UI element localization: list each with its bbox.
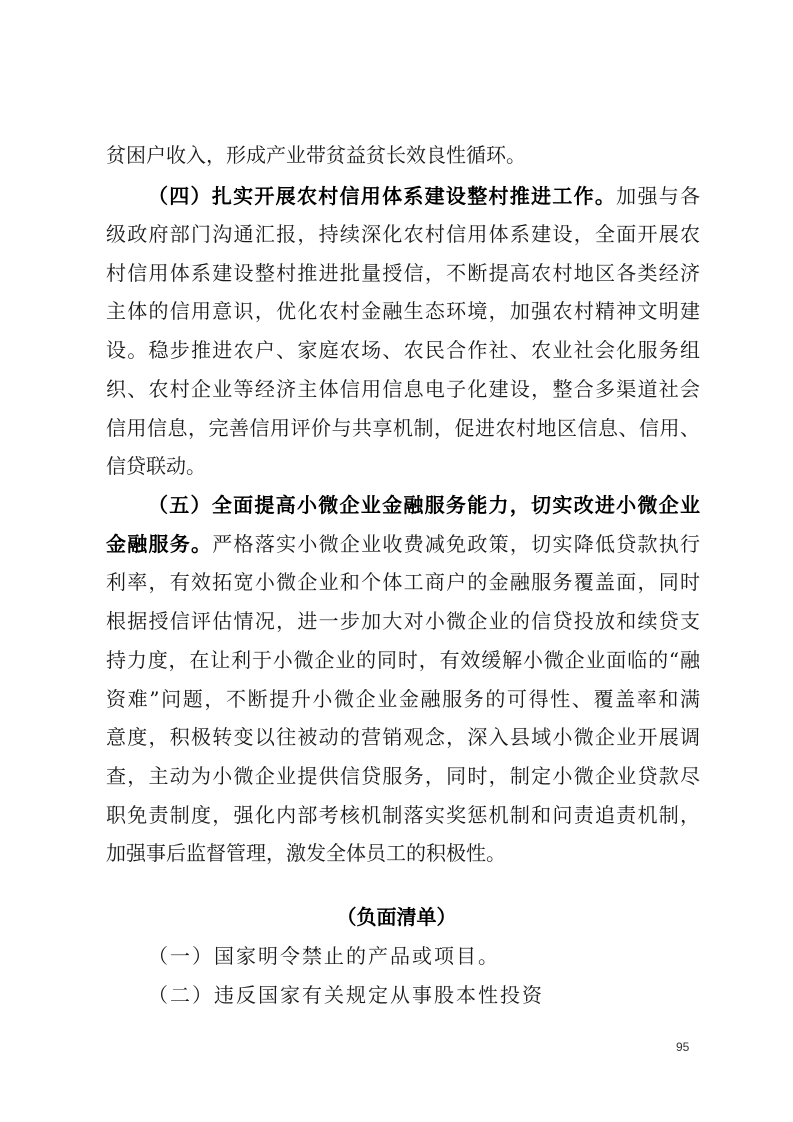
section-4-heading-line: （四）扎实开展农村信用体系建设整村推进工作。加强与各 (148, 181, 700, 211)
negative-list-item: （二）违反国家有关规定从事股本性投资 (148, 980, 544, 1010)
section-4-heading: （四）扎实开展农村信用体系建设整村推进工作。 (148, 184, 616, 208)
paragraph-line: 职免责制度，强化内部考核机制落实奖惩机制和问责追责机制， (106, 800, 700, 830)
section-5-heading-line-2: 金融服务。严格落实小微企业收费减免政策，切实降低贷款执行 (106, 529, 700, 559)
paragraph-line: 主体的信用意识，优化农村金融生态环境，加强农村精神文明建 (106, 296, 700, 326)
section-5-heading: （五）全面提高小微企业金融服务能力，切实改进小微企业 (148, 490, 700, 520)
page-number: 95 (676, 1040, 689, 1054)
section-5-heading-end: 金融服务。 (106, 532, 212, 556)
paragraph-line: 根据授信评估情况，进一步加大对小微企业的信贷投放和续贷支 (106, 606, 700, 636)
paragraph-line: 织、农村企业等经济主体信用信息电子化建设，整合多渠道社会 (106, 374, 700, 404)
paragraph-line: 加强事后监督管理，激发全体员工的积极性。 (106, 838, 700, 868)
paragraph-line: 村信用体系建设整村推进批量授信，不断提高农村地区各类经济 (106, 258, 700, 288)
paragraph-line: 查，主动为小微企业提供信贷服务，同时，制定小微企业贷款尽 (106, 761, 700, 791)
paragraph-line: 信贷联动。 (106, 451, 700, 481)
paragraph-line: 意度，积极转变以往被动的营销观念，深入县域小微企业开展调 (106, 722, 700, 752)
document-page: 贫困户收入，形成产业带贫益贫长效良性循环。 （四）扎实开展农村信用体系建设整村推… (0, 0, 793, 1122)
paragraph-line: 信用信息，完善信用评价与共享机制，促进农村地区信息、信用、 (106, 413, 700, 443)
negative-list-title: （负面清单） (0, 902, 793, 932)
paragraph-line: 设。稳步推进农户、家庭农场、农民合作社、农业社会化服务组 (106, 335, 700, 365)
paragraph-line: 贫困户收入，形成产业带贫益贫长效良性循环。 (106, 140, 700, 170)
section-5-text: 严格落实小微企业收费减免政策，切实降低贷款执行 (212, 532, 700, 556)
paragraph-line: 资难”问题，不断提升小微企业金融服务的可得性、覆盖率和满 (106, 684, 700, 714)
negative-list-item: （一）国家明令禁止的产品或项目。 (148, 941, 500, 971)
paragraph-line: 级政府部门沟通汇报，持续深化农村信用体系建设，全面开展农 (106, 219, 700, 249)
section-4-text: 加强与各 (616, 184, 700, 208)
paragraph-line: 持力度，在让利于小微企业的同时，有效缓解小微企业面临的“融 (106, 645, 700, 675)
paragraph-line: 利率，有效拓宽小微企业和个体工商户的金融服务覆盖面，同时 (106, 567, 700, 597)
